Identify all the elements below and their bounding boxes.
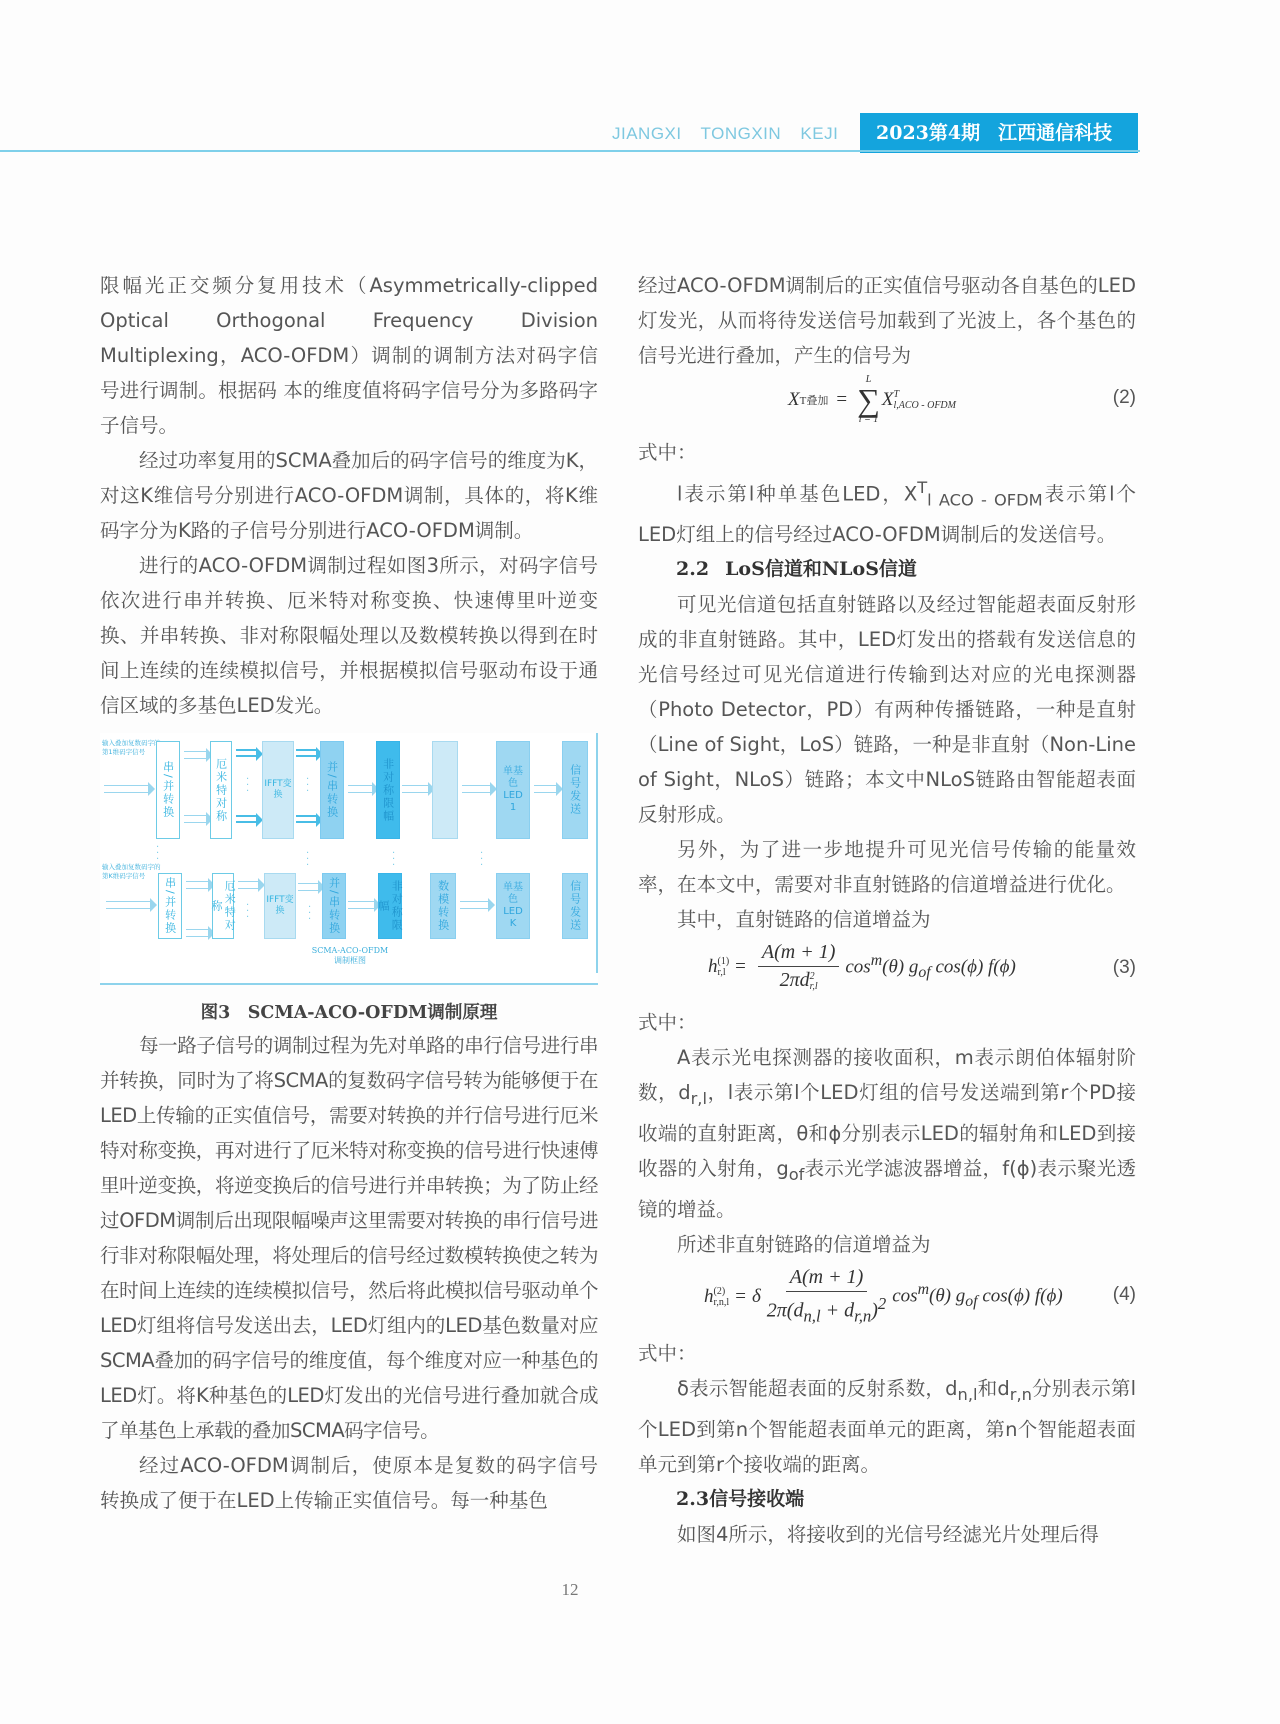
- paragraph: 限幅光正交频分复用技术（Asymmetrically-clipped Optic…: [100, 268, 598, 443]
- arrow-icon: [460, 901, 488, 909]
- arrow-icon: [236, 749, 256, 757]
- issue-banner: 2023第4期江西通信科技: [860, 113, 1138, 153]
- paragraph: 经过功率复用的SCMA叠加后的码字信号的维度为K，对这K维信号分别进行ACO-O…: [100, 443, 598, 548]
- paragraph: 进行的ACO-OFDM调制过程如图3所示，对码字信号依次进行串并转换、厄米特对称…: [100, 548, 598, 723]
- paragraph: A表示光电探测器的接收面积，m表示朗伯体辐射阶数，dr,l，l表示第l个LED灯…: [638, 1040, 1136, 1227]
- equation-number: (2): [1113, 387, 1136, 409]
- where-label: 式中：: [638, 1005, 1136, 1040]
- paragraph: 经过ACO-OFDM调制后的正实值信号驱动各自基色的LED灯发光，从而将待发送信…: [638, 268, 1136, 373]
- section-heading-2-3: 2.3信号接收端: [638, 1482, 1136, 1517]
- block-dac-k: 数模转换: [430, 873, 456, 939]
- arrow-icon: [186, 929, 208, 937]
- header-divider: [0, 150, 1140, 152]
- section-title: 信号接收端: [709, 1488, 804, 1510]
- block-signal-transmit-k: 信号发送: [562, 873, 588, 939]
- arrow-icon: [186, 881, 208, 889]
- paragraph: 其中，直射链路的信道增益为: [638, 902, 1136, 937]
- right-column: 经过ACO-OFDM调制后的正实值信号驱动各自基色的LED灯发光，从而将待发送信…: [638, 268, 1136, 1552]
- arrow-icon: [184, 815, 206, 823]
- section-number: 2.2: [676, 558, 709, 580]
- input-label-row1: 输入叠加复数码字的第1维码字信号: [102, 739, 162, 757]
- section-number: 2.3: [676, 1488, 709, 1510]
- block-parallel-serial-1: 并/串转换: [320, 741, 344, 839]
- arrow-icon: [462, 785, 490, 793]
- input-label-row2: 输入叠加复数码字的第K维码字信号: [102, 863, 162, 881]
- ellipsis-icon: ···: [480, 851, 483, 869]
- equation-number: (3): [1113, 957, 1136, 979]
- equation-number: (4): [1113, 1284, 1136, 1306]
- arrow-icon: [296, 815, 316, 823]
- equation-4: h(2)r,n,l = δ A(m + 1)2π(dn,l + dr,n)2 c…: [638, 1262, 1136, 1336]
- arrow-icon: [348, 901, 374, 909]
- equation-2: XT叠加 = L∑l = 1 XTl,ACO - OFDM (2): [638, 373, 1136, 435]
- paragraph: 每一路子信号的调制过程为先对单路的串行信号进行串并转换，同时为了将SCMA的复数…: [100, 1028, 598, 1448]
- arrow-icon: [348, 785, 372, 793]
- figure-subtitle-line1: SCMA-ACO-OFDM: [270, 946, 430, 956]
- section-title: LoS信道和NLoS信道: [725, 558, 917, 580]
- block-serial-parallel-1: 串/并转换: [156, 741, 180, 839]
- block-parallel-serial-k: 并/串转换: [322, 873, 346, 939]
- issue-label: 2023第4期: [876, 122, 980, 144]
- arrow-icon: [236, 815, 256, 823]
- figure-subtitle-line2: 调制框图: [270, 956, 430, 966]
- eq2-lhs-sub: T叠加: [800, 392, 829, 408]
- equation-3: h(1)r,l = A(m + 1)2πd2r,l cosm(θ) gof co…: [638, 937, 1136, 1005]
- ellipsis-icon: ···: [306, 777, 309, 795]
- where-label: 式中：: [638, 435, 1136, 470]
- paragraph: 如图4所示，将接收到的光信号经滤光片处理后得: [638, 1517, 1136, 1552]
- block-serial-parallel-k: 串/并转换: [158, 873, 182, 939]
- journal-name-chinese: 江西通信科技: [998, 122, 1112, 144]
- ellipsis-icon: ···: [308, 905, 311, 923]
- where-label: 式中：: [638, 1336, 1136, 1371]
- ellipsis-icon: ···: [246, 903, 249, 921]
- paragraph: δ表示智能超表面的反射系数，dn,l和dr,n分别表示第l个LED到第n个智能超…: [638, 1371, 1136, 1482]
- summation-icon: L∑l = 1: [857, 375, 880, 425]
- eq2-term: X: [882, 389, 894, 411]
- journal-name-english: JIANGXI TONGXIN KEJI: [612, 124, 838, 144]
- figure-subtitle: SCMA-ACO-OFDM 调制框图: [270, 946, 430, 966]
- block-ifft-k: IFFT变换: [264, 873, 296, 939]
- paragraph: l表示第l种单基色LED，XTl ACO - OFDM表示第l个LED灯组上的信…: [638, 470, 1136, 552]
- left-column: 限幅光正交频分复用技术（Asymmetrically-clipped Optic…: [100, 268, 598, 1518]
- paragraph: 所述非直射链路的信道增益为: [638, 1227, 1136, 1262]
- arrow-icon: [534, 785, 556, 793]
- ellipsis-icon: ···: [306, 851, 309, 869]
- block-asymmetric-clipping-k: 非对称限幅: [378, 873, 402, 939]
- eq4-tail: cosm(θ) gof cos(ϕ) f(ϕ): [892, 1281, 1062, 1311]
- section-heading-2-2: 2.2LoS信道和NLoS信道: [638, 552, 1136, 587]
- block-hermitian-k: 厄米特对称: [212, 873, 234, 939]
- arrow-icon: [298, 883, 318, 891]
- block-hermitian-1: 厄米特对称: [210, 741, 232, 839]
- ellipsis-icon: ···: [392, 851, 395, 869]
- paragraph: 可见光信道包括直射链路以及经过智能超表面反射形成的非直射链路。其中，LED灯发出…: [638, 587, 1136, 832]
- eq3-tail: cosm(θ) gof cos(ϕ) f(ϕ): [845, 952, 1015, 982]
- block-led-1: 单基色LED 1: [496, 741, 530, 839]
- figure-caption: 图3 SCMA-ACO-OFDM调制原理: [100, 999, 598, 1024]
- arrow-icon: [104, 785, 148, 793]
- arrow-icon: [296, 749, 316, 757]
- ellipsis-icon: ···: [246, 777, 249, 795]
- arrow-icon: [106, 901, 150, 909]
- paragraph: 另外，为了进一步地提升可见光信号传输的能量效率，在本文中，需要对非直射链路的信道…: [638, 832, 1136, 902]
- arrow-icon: [238, 881, 258, 889]
- arrow-icon: [402, 785, 428, 793]
- paragraph: 经过ACO-OFDM调制后，使原本是复数的码字信号转换成了便于在LED上传输正实…: [100, 1448, 598, 1518]
- block-asymmetric-clipping-1: 非对称限幅: [376, 741, 400, 839]
- figure-border: [596, 733, 598, 973]
- figure-3-block-diagram: 输入叠加复数码字的第1维码字信号 串/并转换 厄米特对称 ··· IFFT变换 …: [100, 733, 598, 985]
- block-signal-transmit-1: 信号发送: [562, 741, 588, 839]
- block-led-k: 单基色LED K: [496, 873, 530, 939]
- eq2-lhs: X: [788, 389, 800, 411]
- page-number: 12: [0, 1580, 1140, 1600]
- ellipsis-icon: ···: [156, 845, 159, 863]
- block-ifft-1: IFFT变换: [262, 741, 294, 839]
- arrow-icon: [184, 751, 206, 759]
- block-dac-1: [432, 741, 458, 839]
